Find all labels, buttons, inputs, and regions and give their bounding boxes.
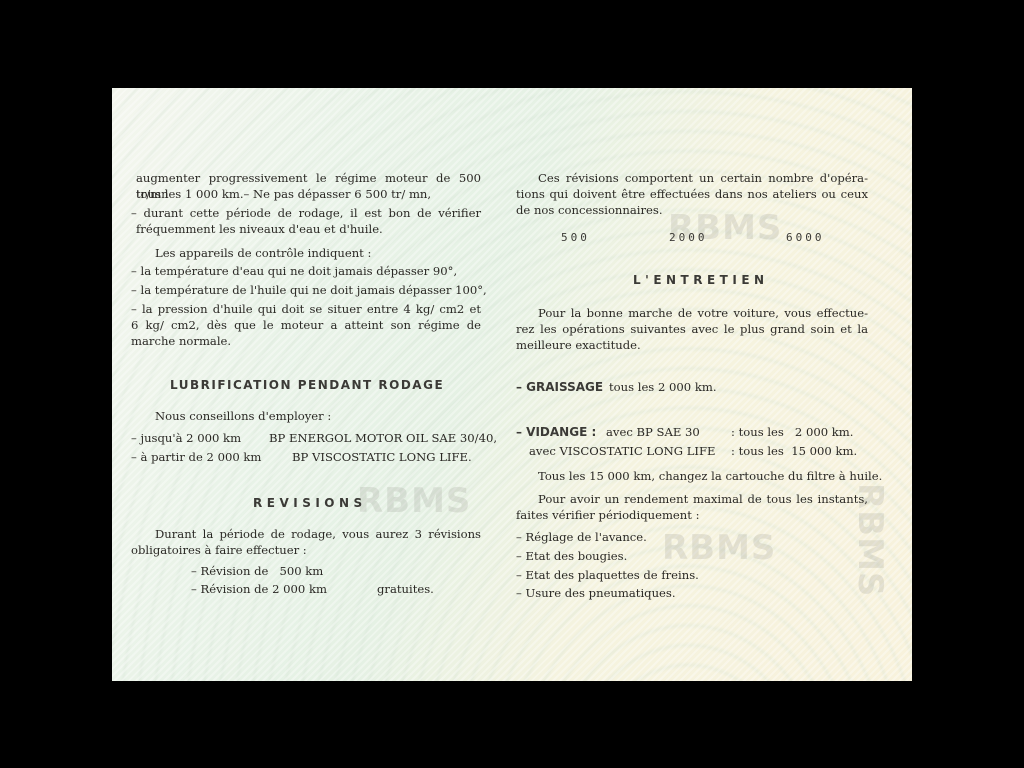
controls-intro: Les appareils de contrôle indiquent : bbox=[155, 245, 371, 261]
check-item: – Réglage de l'avance. bbox=[516, 529, 647, 545]
section-title-entretien: L'ENTRETIEN bbox=[633, 272, 769, 288]
vidange-label: – VIDANGE : bbox=[516, 424, 596, 440]
check-item: – Etat des plaquettes de freins. bbox=[516, 567, 699, 583]
revision-item: – Révision de 500 km bbox=[191, 563, 323, 579]
milestone: 2000 bbox=[669, 230, 708, 246]
text-line: tous les 1 000 km.– Ne pas dépasser 6 50… bbox=[136, 186, 431, 202]
text-line: Ces révisions comportent un certain nomb… bbox=[538, 170, 868, 186]
section-title-revisions: REVISIONS bbox=[253, 495, 367, 511]
control-item: – la pression d'huile qui doit se situer… bbox=[131, 301, 481, 317]
text-line: – durant cette période de rodage, il est… bbox=[131, 205, 481, 221]
text-line: Pour la bonne marche de votre voiture, v… bbox=[538, 305, 868, 321]
text-line: de nos concessionnaires. bbox=[516, 202, 663, 218]
text-line: Durant la période de rodage, vous aurez … bbox=[155, 526, 481, 542]
check-item: – Usure des pneumatiques. bbox=[516, 585, 676, 601]
text-line: Pour avoir un rendement maximal de tous … bbox=[538, 491, 868, 507]
text-line: rez les opérations suivantes avec le plu… bbox=[516, 321, 868, 337]
text-line: faites vérifier périodiquement : bbox=[516, 507, 700, 523]
text-line: meilleure exactitude. bbox=[516, 337, 641, 353]
milestone: 500 bbox=[561, 230, 590, 246]
lubrification-intro: Nous conseillons d'employer : bbox=[155, 408, 331, 424]
watermark: RBMS bbox=[357, 481, 471, 521]
milestone: 6000 bbox=[786, 230, 825, 246]
revision-item: – Révision de 2 000 km bbox=[191, 581, 327, 597]
vidange-interval: : tous les 2 000 km. bbox=[731, 424, 854, 440]
revision-note: gratuites. bbox=[377, 581, 434, 597]
control-item: – la température de l'huile qui ne doit … bbox=[131, 282, 487, 298]
section-title-lubrification: LUBRIFICATION PENDANT RODAGE bbox=[170, 377, 444, 393]
graissage-label: – GRAISSAGE bbox=[516, 379, 603, 395]
watermark: RBMS bbox=[662, 528, 776, 568]
graissage-text: tous les 2 000 km. bbox=[609, 379, 717, 395]
control-item: – la température d'eau qui ne doit jamai… bbox=[131, 263, 457, 279]
text-line: fréquemment les niveaux d'eau et d'huile… bbox=[136, 221, 383, 237]
booklet-page: RBMS RBMS RBMS RBMS augmenter progressiv… bbox=[112, 88, 912, 681]
control-item: 6 kg/ cm2, dès que le moteur a atteint s… bbox=[131, 317, 481, 333]
lubrification-oil: BP ENERGOL MOTOR OIL SAE 30/40, bbox=[269, 430, 497, 446]
check-item: – Etat des bougies. bbox=[516, 548, 627, 564]
text-line: obligatoires à faire effectuer : bbox=[131, 542, 307, 558]
filter-note: Tous les 15 000 km, changez la cartouche… bbox=[538, 468, 882, 484]
control-item: marche normale. bbox=[131, 333, 231, 349]
lubrification-when: – à partir de 2 000 km bbox=[131, 449, 261, 465]
vidange-oil: avec VISCOSTATIC LONG LIFE bbox=[529, 443, 716, 459]
vidange-interval: : tous les 15 000 km. bbox=[731, 443, 857, 459]
vidange-oil: avec BP SAE 30 bbox=[606, 424, 700, 440]
lubrification-oil: BP VISCOSTATIC LONG LIFE. bbox=[292, 449, 472, 465]
lubrification-when: – jusqu'à 2 000 km bbox=[131, 430, 241, 446]
text-line: tions qui doivent être effectuées dans n… bbox=[516, 186, 868, 202]
